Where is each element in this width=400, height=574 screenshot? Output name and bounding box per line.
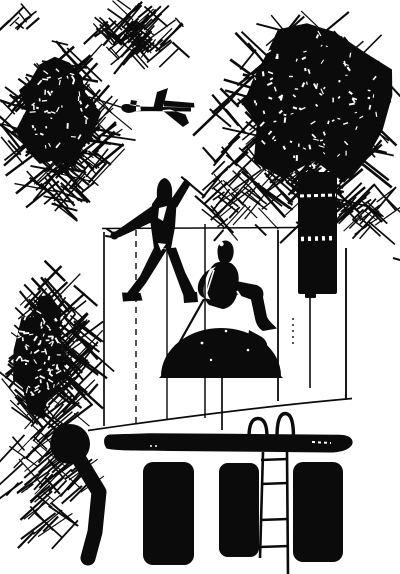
- chimney-foot: [305, 293, 316, 298]
- seated-figure-head-highlight: [219, 242, 223, 246]
- window-3: [293, 462, 343, 562]
- ladder-rung-3: [260, 519, 288, 520]
- dome-highlight-1: [201, 342, 204, 345]
- ladder-rung-1: [261, 459, 288, 460]
- ladder-rail-right: [287, 452, 288, 574]
- dome-highlight-3: [247, 349, 250, 352]
- dome-highlight-2: [225, 330, 228, 333]
- window-1: [143, 462, 194, 565]
- illustration-canvas: [0, 0, 400, 574]
- chimney-body: [298, 172, 337, 294]
- walking-figure-finger-2: [106, 236, 112, 237]
- window-2: [219, 463, 259, 557]
- dome-highlight-4: [210, 359, 212, 361]
- illustration: [0, 0, 400, 574]
- ladder-rung-4: [260, 546, 289, 547]
- roof-beam: [104, 433, 353, 452]
- ladder-rung-2: [261, 483, 288, 484]
